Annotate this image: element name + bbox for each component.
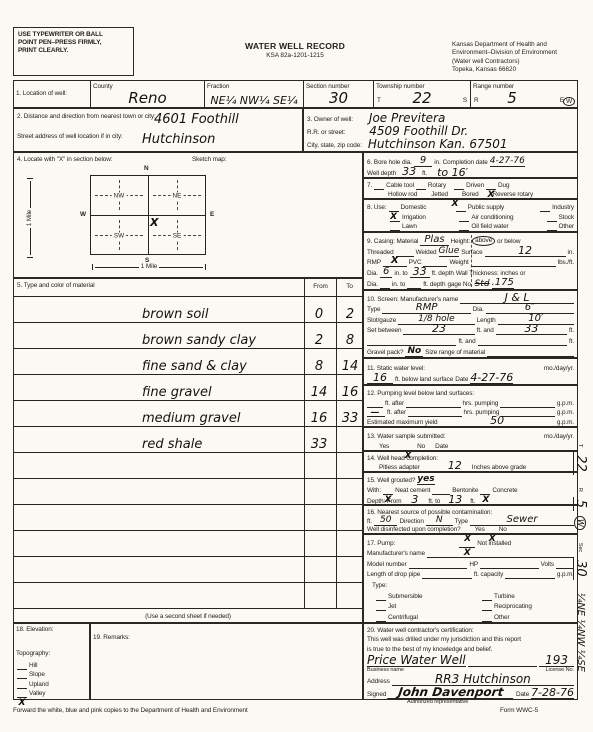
distance-label: 2. Distance and direction from nearest t… (17, 113, 156, 121)
check-line (376, 594, 386, 601)
use-item-label: Lawn (402, 223, 457, 231)
section-5-material-table: 5. Type and color of material From To br… (13, 278, 363, 623)
blank-line (487, 356, 574, 357)
pump-type-label: Type: (372, 582, 387, 590)
hrs-pumping-label: hrs. pumping (463, 400, 499, 408)
agency-line: Environment–Division of Environment (452, 49, 592, 57)
grout-from-value: 3 (403, 494, 426, 506)
scale-end-bar (205, 264, 206, 270)
pumping-level-title: 12. Pumping level below land surfaces: (364, 388, 577, 398)
static-date-value: 4-27-76 (470, 372, 513, 384)
ft-and-label: ft. and (477, 327, 494, 335)
grout-to-value: 13 (442, 494, 468, 506)
pump-type-item: Jet (388, 603, 480, 611)
check-line (454, 183, 464, 190)
topo-item: Slope (16, 670, 87, 680)
one-mile-vertical-label: 1 Mile (26, 210, 34, 226)
hp-label: HP (469, 561, 478, 569)
quadrant-sw-label: SW (112, 233, 126, 240)
business-name-value: Price Water Well (367, 654, 466, 667)
check-line (416, 183, 426, 190)
gravel-pack-value: No (405, 347, 423, 357)
use-item-label: Industry (552, 204, 574, 212)
material-row-empty (14, 453, 362, 479)
range-west-tag-circled: W (574, 516, 585, 530)
section-number-cell: Section number 30 (303, 81, 373, 107)
authorized-rep-label: Authorized representative (407, 699, 468, 706)
material-table-title: 5. Type and color of material (17, 282, 95, 290)
section-9-casing: 9. Casing: Material Plas Height: above o… (363, 232, 578, 290)
range-value: 5 (471, 91, 553, 106)
pumping-row-1: — ft. after hrs. pumping g.p.m. (364, 398, 577, 408)
check-line (540, 205, 550, 212)
material-row: medium gravel 16 33 (14, 401, 362, 427)
check-line: X (450, 192, 460, 199)
contamination-type-value: Sewer (470, 515, 574, 526)
screen-line-6: Gravel pack? No Size range of material (364, 346, 577, 357)
use-item-label: Other (559, 223, 574, 231)
section-18-elevation: 18. Elevation: Topography: Hill Slope Up… (13, 623, 90, 700)
section-number-value: 30 (304, 91, 373, 106)
check-line (459, 224, 469, 231)
pump-mfr-line: Manufacturer's name (364, 548, 577, 559)
blank-line (407, 284, 421, 289)
blank-line (380, 284, 390, 289)
well-depth-to-value: to 16′ (437, 167, 468, 178)
certification-title: 20. Water well contractor's certificatio… (364, 626, 577, 635)
rmp-label: RMP (367, 259, 381, 267)
owner-line: 3. Owner of well: Joe Previtera (304, 111, 577, 124)
material-row-empty (14, 531, 362, 557)
material-row-empty (14, 479, 362, 505)
check-line (376, 604, 386, 611)
bore-hole-dia-value: 9 (414, 156, 432, 167)
static-level-line-2: 16 ft. below land surface Date 4-27-76 (364, 373, 577, 385)
ft-capacity-label: ft. capacity (474, 571, 503, 579)
use-item-label: Oil field water (471, 223, 544, 231)
pumping-level-label: 12. Pumping level below land surfaces: (367, 390, 474, 398)
screen-line-5: ft. and ft. (364, 335, 577, 346)
date-format-label: mo./day/yr. (544, 433, 574, 441)
method-label: Reverse rotary (493, 191, 534, 199)
owner-city-value: Hutchinson Kan. 67501 (368, 138, 508, 150)
volts-label: Volts (541, 561, 554, 569)
ft-label: ft. (367, 518, 372, 526)
certification-label: 20. Water well contractor's certificatio… (367, 627, 474, 635)
elevation-label: 18. Elevation: (16, 626, 87, 634)
authorized-rep-line: Authorized representative (364, 699, 577, 706)
second-sheet-note: (Use a second sheet if needed) (14, 613, 362, 621)
topo-item: Upland (16, 679, 87, 689)
check-line (390, 224, 400, 231)
remarks-label: 19. Remarks: (93, 634, 130, 641)
well-grouted-value: yes (417, 475, 434, 485)
completion-date-value: 4-27-76 (490, 157, 525, 167)
pump-type-label-line: Type: (364, 579, 577, 590)
ft-label: ft. (569, 327, 574, 335)
screen-type-label: Type (367, 306, 380, 314)
owner-street-label: R.R. or street: (307, 129, 345, 137)
use-item-label: Stock (559, 214, 574, 222)
blank-line: — (367, 401, 383, 408)
in-to-label: in. to (392, 281, 405, 289)
casing-line-4: Dia. 6 in. to 33 ft. depth Wall Thicknes… (364, 267, 577, 278)
casing-material-label: 9. Casing: Material (367, 238, 418, 246)
section-10-screen: 10. Screen: Manufacturer's name J & L Ty… (363, 290, 578, 358)
below-land-surface-label: ft. below land surface (395, 376, 453, 384)
locate-label: 4. Locate with "X" in section below: (17, 156, 112, 164)
compass-north-label: N (144, 165, 149, 173)
welded-value: Glue (439, 247, 460, 257)
material-from: 2 (302, 334, 336, 347)
compass-east-label: E (210, 211, 214, 219)
address-value: RR3 Hutchinson (392, 673, 574, 686)
not-installed-label: Not installed (477, 540, 511, 548)
agency-line: Topeka, Kansas 66620 (452, 66, 592, 74)
well-depth-value: 33 (398, 166, 420, 178)
quadrant-se-label: SE (171, 233, 184, 240)
owner-city-label: City, state, zip code: (307, 142, 362, 150)
method-label: Cable tool (386, 182, 414, 190)
fraction-value: NE¼ NW¼ SE¼ (205, 95, 303, 106)
address-line: Address RR3 Hutchinson (364, 674, 577, 686)
water-sample-line-1: 13. Water sample submitted: mo./day/yr. (364, 430, 577, 441)
check-line (376, 192, 386, 199)
water-sample-line-2: Yes X No Date (364, 441, 577, 452)
to-column-header: To (336, 279, 362, 296)
topo-item: X Valley (16, 689, 87, 699)
casing-dia-value: 6 (380, 267, 392, 278)
estimated-yield-label: Estimated maximum yield (367, 419, 438, 427)
section-11-static-water-level: 11. Static water level: mo./day/yr. 16 f… (363, 358, 578, 385)
gage-struck-value: Std (475, 280, 490, 289)
section-14-well-head: 14. Well head completion: Pitless adapte… (363, 451, 578, 472)
material-from: 8 (302, 360, 336, 373)
topo-item-label: Slope (29, 671, 45, 679)
form-title: WATER WELL RECORD (200, 41, 390, 51)
material-row-empty (14, 505, 362, 531)
section-tag-value: 30 (573, 557, 587, 580)
check-line (17, 682, 27, 689)
township-tag-label: T (577, 444, 584, 447)
check-line (547, 215, 557, 222)
check-line: X (17, 691, 27, 698)
certification-text-1: This well was drilled under my jurisdict… (364, 635, 577, 644)
drop-pipe-label: Length of drop pipe (367, 571, 420, 579)
size-range-label: Size range of material (425, 349, 485, 357)
estimated-yield-value: 50 (440, 415, 555, 427)
topo-item-label: Upland (29, 681, 49, 689)
material-row: red shale 33 (14, 427, 362, 453)
agency-line: (Water well Contractors) (452, 58, 592, 66)
well-depth-line: Well depth 33 ft. to 16′ (364, 167, 577, 179)
quadrant-nw-label: NW (112, 193, 127, 200)
business-name-line: Price Water Well 193 (364, 654, 577, 667)
agency-address-block: Kansas Department of Health and Environm… (452, 41, 592, 75)
use-row: Irrigation Air conditioning Stock (364, 212, 577, 222)
check-line (419, 192, 429, 199)
use-item-label: Public supply (468, 204, 538, 212)
location-label: 1. Location of well: (16, 90, 67, 98)
quadrant-ne-label: NE (171, 193, 184, 200)
well-grouted-label: 15. Well grouted? (367, 477, 415, 485)
township-cell: Township number T 22 S (373, 81, 470, 107)
topo-item-label: Hill (29, 662, 37, 670)
county-value: Reno (91, 91, 204, 106)
pump-type-row: Jet Reciprocating (364, 601, 577, 612)
address-value-line2: Hutchinson (142, 133, 215, 146)
check-line (459, 215, 469, 222)
fraction-label: Fraction (207, 83, 229, 91)
section-15-grouting: 15. Well grouted? yes With: X Neat cemen… (363, 472, 578, 505)
grouted-line-1: 15. Well grouted? yes (364, 475, 577, 485)
screen-line-1: 10. Screen: Manufacturer's name J & L (364, 293, 577, 304)
scale-line (159, 267, 203, 268)
screen-mfr-value: J & L (460, 292, 574, 304)
signature-value: John Davenport (387, 686, 514, 699)
compass-section-square: NW NE SW SE X (90, 175, 206, 255)
material-name: brown sandy clay (142, 334, 256, 347)
range-tag-value: 5 (573, 497, 587, 511)
check-line: X (383, 488, 393, 495)
check-line (390, 215, 400, 222)
check-line (17, 663, 27, 670)
pump-type-item: Submersible (388, 593, 480, 601)
section-2-distance-address: 2. Distance and direction from nearest t… (13, 108, 303, 152)
material-name: medium gravel (142, 412, 240, 425)
static-level-value: 16 (367, 372, 393, 384)
license-number-value: 193 (539, 654, 574, 667)
pump-line-1: 17. Pump: X Not installed (364, 537, 577, 548)
set-between-label: Set between (367, 327, 401, 335)
material-to: 16 (336, 386, 364, 399)
section-7-number: 7. (367, 182, 372, 190)
fraction-cell: Fraction NE¼ NW¼ SE¼ (204, 81, 303, 107)
compass-center-horizontal-line (91, 215, 205, 216)
pump-label: 17. Pump: (367, 540, 395, 548)
pump-type-row: Submersible Turbine (364, 590, 577, 601)
method-label: Dug (498, 182, 509, 190)
one-mile-vertical-scale: 1 Mile (26, 178, 34, 258)
pump-type-item: Centrifugal (388, 614, 480, 622)
material-name: red shale (142, 438, 202, 451)
welded-label: Welded (416, 249, 437, 257)
range-west-circled: W (563, 97, 575, 106)
pump-type-item: Other (494, 614, 509, 622)
instruction-box: USE TYPEWRITER OR BALL POINT PEN–PRESS F… (13, 27, 134, 76)
owner-street-value: 4509 Foothill Dr. (369, 125, 468, 137)
check-line (456, 205, 466, 212)
material-name: fine sand & clay (142, 360, 247, 373)
well-head-line-1: 14. Well head completion: (364, 454, 577, 463)
concrete-label: Concrete (492, 487, 517, 495)
material-row: brown sandy clay 2 8 (14, 323, 362, 349)
method-label: Rotary (428, 182, 446, 190)
to-column-line (336, 297, 337, 609)
casing-material-value: Plas (420, 235, 448, 246)
gpm-label: g.p.m. (557, 571, 574, 579)
ft-after-label: ft. after (385, 400, 404, 408)
model-number-label: Model number (367, 561, 407, 569)
material-from: 16 (302, 412, 336, 425)
compass-west-label: W (80, 211, 86, 219)
type-label: Type (455, 518, 468, 526)
street-address-label: Street address of well location if in ci… (17, 133, 123, 141)
material-to: 2 (336, 308, 364, 321)
method-label: Hollow rod (388, 191, 417, 199)
wall-thickness-label: Wall Thickness: inches or (456, 270, 526, 278)
date-format-label: mo./day/yr. (544, 365, 574, 373)
section-12-pumping-level: 12. Pumping level below land surfaces: —… (363, 385, 578, 427)
screen-line-4: Set between 23 ft. and 33 ft. (364, 325, 577, 336)
material-name: fine gravel (142, 386, 212, 399)
owner-city-line: City, state, zip code: Hutchinson Kan. 6… (304, 137, 577, 150)
topo-item-label: Valley (29, 690, 45, 698)
material-to: 33 (336, 412, 364, 425)
topography-label: Topography: (16, 650, 87, 658)
contamination-line-2: ft. 50 Direction N Type Sewer (364, 517, 577, 526)
length-label: Length (477, 317, 496, 325)
scale-line (95, 267, 139, 268)
section-3-owner: 3. Owner of well: Joe Previtera R.R. or … (303, 108, 578, 152)
sketch-map-label: Sketch map: (192, 156, 226, 164)
ft-depth-label: ft. depth (432, 270, 454, 278)
scale-line (30, 181, 31, 208)
material-from: 0 (302, 308, 336, 321)
well-location-x-mark: X (150, 217, 158, 228)
material-name: brown soil (142, 308, 209, 321)
set-between-value-2: 33 (496, 323, 567, 335)
grouted-line-2: With: X Neat cement Bentonite X Concrete (364, 485, 577, 495)
use-row: Lawn Oil field water Other (364, 222, 577, 232)
check-line (482, 604, 492, 611)
material-row-empty (14, 557, 362, 583)
well-depth-label: Well depth (367, 170, 396, 178)
use-item-label: Air conditioning (471, 214, 544, 222)
section-1-location-row: 1. Location of well: County Reno Fractio… (13, 80, 578, 108)
casing-line-5: Dia. in. to ft. depth gage No. Std .175 (364, 278, 577, 289)
dia-label: Dia. (367, 281, 378, 289)
water-sample-label: 13. Water sample submitted: (367, 433, 445, 441)
date-label: Date (455, 376, 468, 384)
ft-and-label: ft. and (458, 338, 475, 346)
slot-gauze-label: Slot/gauze (367, 317, 396, 325)
quarters-tag-value: ¼NE ¼NW ¼SE (575, 593, 585, 672)
owner-street-line: R.R. or street: 4509 Foothill Dr. (304, 124, 577, 137)
township-suffix: S (463, 97, 467, 105)
county-label: County (93, 83, 113, 91)
casing-line-3: RMP X PVC Weight lbs./ft. (364, 257, 577, 268)
instruction-line: PRINT CLEARLY. (18, 47, 129, 55)
yes-label: Yes (379, 443, 389, 451)
certification-text: This well was drilled under my jurisdict… (367, 636, 521, 644)
check-line (376, 615, 386, 622)
pump-type-item: Turbine (494, 593, 515, 601)
footer-distribution-note: Forward the white, blue and pink copies … (13, 707, 248, 715)
material-to: 8 (336, 334, 364, 347)
signed-line: Signed John Davenport Date 7-28-76 (364, 686, 577, 699)
one-mile-horizontal-scale: 1 Mile (92, 263, 206, 271)
gpm-label: g.p.m. (557, 400, 574, 408)
section-20-certification: 20. Water well contractor's certificatio… (363, 623, 578, 700)
date-label: Date (435, 443, 448, 451)
inches-above-grade-value: 12 (440, 460, 470, 472)
topo-item: Hill (16, 660, 87, 670)
surface-label: Surface (461, 249, 482, 257)
pump-mfr-label: Manufacturer's name (367, 550, 425, 558)
range-cell: Range number R 5 E W (470, 81, 577, 107)
ft-depth-label: ft. depth (423, 281, 445, 289)
check-line (482, 615, 492, 622)
from-column-line (304, 297, 305, 609)
weight-label: Weight (449, 259, 468, 267)
ft-after-label: ft. after (387, 409, 406, 417)
section-16-contamination: 16. Nearest source of possible contamina… (363, 505, 578, 534)
use-label: 8. Use: (367, 204, 387, 212)
margin-legal-description: T 22 R 5 W Sec 30 ¼NE ¼NW ¼SE (573, 444, 587, 718)
height-label: Height: (451, 238, 471, 246)
feet-label: ft. (422, 170, 427, 178)
surface-value: 12 (485, 245, 566, 257)
range-tag-label: R (577, 488, 584, 492)
agency-line: Kansas Department of Health and (452, 41, 592, 49)
casing-depth-value: 33 (410, 266, 430, 278)
use-row: 8. Use: X Domestic Public supply Industr… (364, 202, 577, 212)
check-line (374, 183, 384, 190)
check-line: X (459, 541, 475, 548)
material-row-empty (14, 583, 362, 609)
scale-end-bar (92, 264, 93, 270)
county-cell: County Reno (90, 81, 204, 107)
material-to: 14 (336, 360, 364, 373)
material-row: fine gravel 14 16 (14, 375, 362, 401)
no-label: No (417, 443, 425, 451)
check-line (482, 594, 492, 601)
section-tag-label: Sec (577, 543, 584, 552)
material-table-header: 5. Type and color of material From To (14, 279, 362, 297)
set-between-value-1: 23 (403, 323, 474, 335)
date-label: Date (516, 691, 529, 699)
one-mile-horizontal-label: 1 Mile (141, 263, 157, 271)
direction-value: N (426, 516, 453, 526)
well-head-line-2: Pitless adapter 12 Inches above grade (364, 463, 577, 472)
check-mark: X (19, 701, 26, 705)
construction-row: 7. Cable tool Rotary Driven X Dug (364, 181, 577, 190)
township-tag-value: 22 (573, 452, 587, 475)
dia-label: Dia. (367, 270, 378, 278)
owner-value: Joe Previtera (369, 112, 445, 124)
use-item-label: Domestic (401, 204, 454, 212)
material-row: fine sand & clay 8 14 (14, 349, 362, 375)
inches-label: in. (568, 249, 574, 257)
check-line (547, 224, 557, 231)
with-label: With: (367, 487, 381, 495)
section-6-bore-hole: 6. Bore hole dia. 9 in. Completion date … (363, 152, 578, 178)
lbs-ft-label: lbs./ft. (558, 259, 574, 267)
water-well-record-scan: USE TYPEWRITER OR BALL POINT PEN–PRESS F… (0, 0, 593, 732)
form-title-block: WATER WELL RECORD KSA 82a-1201-1215 (200, 41, 390, 59)
section-19-remarks: 19. Remarks: (90, 623, 363, 700)
gage-no-label: gage No. (447, 281, 472, 289)
bore-hole-line: 6. Bore hole dia. 9 in. Completion date … (364, 155, 577, 167)
instruction-line: USE TYPEWRITER OR BALL (18, 31, 129, 39)
method-label: Jetted (431, 191, 448, 199)
drop-pipe-line: Length of drop pipe ft. capacity g.p.m. (364, 569, 577, 580)
material-from: 14 (302, 386, 336, 399)
pump-type-item: Reciprocating (494, 603, 532, 611)
well-head-label: 14. Well head completion: (367, 455, 438, 463)
gage-value: .175 (492, 278, 514, 289)
